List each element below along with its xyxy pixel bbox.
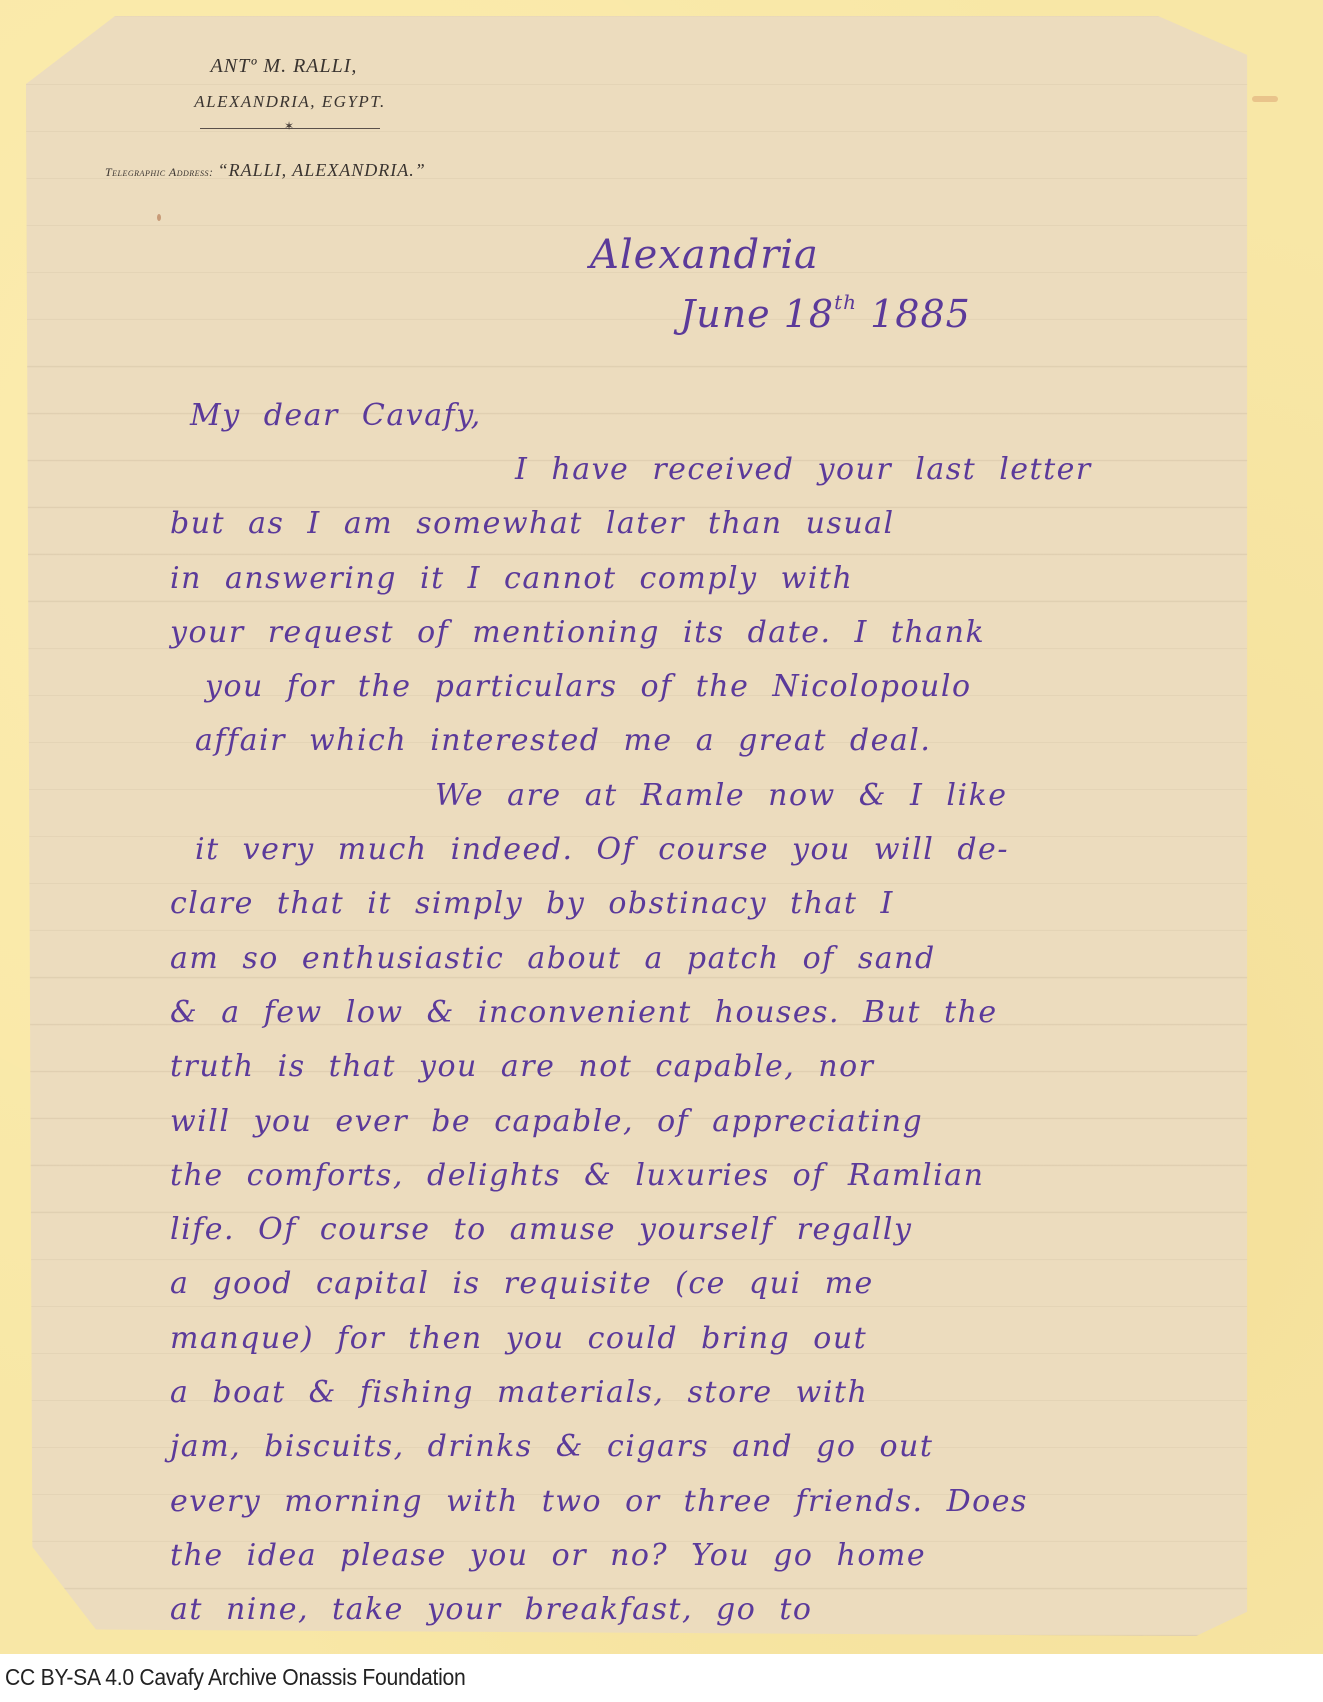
body-line: am so enthusiastic about a patch of sand: [170, 931, 1240, 985]
body-line: every morning with two or three friends.…: [170, 1474, 1240, 1528]
letterhead-divider: ✶: [200, 128, 380, 129]
body-line: & a few low & inconvenient houses. But t…: [170, 985, 1240, 1039]
body-line: at nine, take your breakfast, go to: [170, 1583, 1240, 1637]
stain-mark: [1252, 96, 1278, 102]
body-line: affair which interested me a great deal.: [170, 714, 1240, 768]
body-line: will you ever be capable, of appreciatin…: [170, 1094, 1240, 1148]
telegraphic-label: Telegraphic Address:: [105, 165, 214, 179]
telegraphic-value: “RALLI, ALEXANDRIA.”: [218, 160, 426, 180]
letter-body: My dear Cavafy, I have received your las…: [170, 388, 1240, 1637]
body-line: We are at Ramle now & I like: [170, 768, 1240, 822]
body-line: truth is that you are not capable, nor: [170, 1040, 1240, 1094]
salutation: My dear Cavafy,: [170, 388, 1240, 442]
body-line: clare that it simply by obstinacy that I: [170, 877, 1240, 931]
body-line: jam, biscuits, drinks & cigars and go ou…: [170, 1420, 1240, 1474]
license-caption: CC BY-SA 4.0 Cavafy Archive Onassis Foun…: [5, 1664, 466, 1691]
star-ornament-icon: ✶: [284, 119, 294, 134]
body-line: it very much indeed. Of course you will …: [170, 822, 1240, 876]
body-line: a good capital is requisite (ce qui me: [170, 1257, 1240, 1311]
body-line: I have received your last letter: [170, 442, 1240, 496]
letterhead-name: ANTº M. RALLI,: [128, 55, 440, 78]
body-line: but as I am somewhat later than usual: [170, 497, 1240, 551]
body-line: life. Of course to amuse yourself regall…: [170, 1202, 1240, 1256]
body-line: in answering it I cannot comply with: [170, 551, 1240, 605]
body-line: the comforts, delights & luxuries of Ram…: [170, 1148, 1240, 1202]
letterhead-city: ALEXANDRIA, EGYPT.: [140, 92, 440, 112]
date-year: 1885: [870, 292, 971, 336]
date-ordinal: th: [834, 290, 857, 314]
telegraphic-address: Telegraphic Address: “RALLI, ALEXANDRIA.…: [105, 160, 426, 181]
body-line: the idea please you or no? You go home: [170, 1528, 1240, 1582]
dateline-place: Alexandria: [590, 232, 819, 278]
dateline-date: June 18th 1885: [680, 290, 971, 336]
date-month-day: June 18: [680, 292, 834, 336]
letterhead: ANTº M. RALLI, ALEXANDRIA, EGYPT. ✶: [100, 55, 440, 129]
body-line: you for the particulars of the Nicolopou…: [170, 659, 1240, 713]
ink-spot: [157, 214, 161, 221]
body-line: your request of mentioning its date. I t…: [170, 605, 1240, 659]
body-line: manque) for then you could bring out: [170, 1311, 1240, 1365]
body-line: a boat & fishing materials, store with: [170, 1365, 1240, 1419]
